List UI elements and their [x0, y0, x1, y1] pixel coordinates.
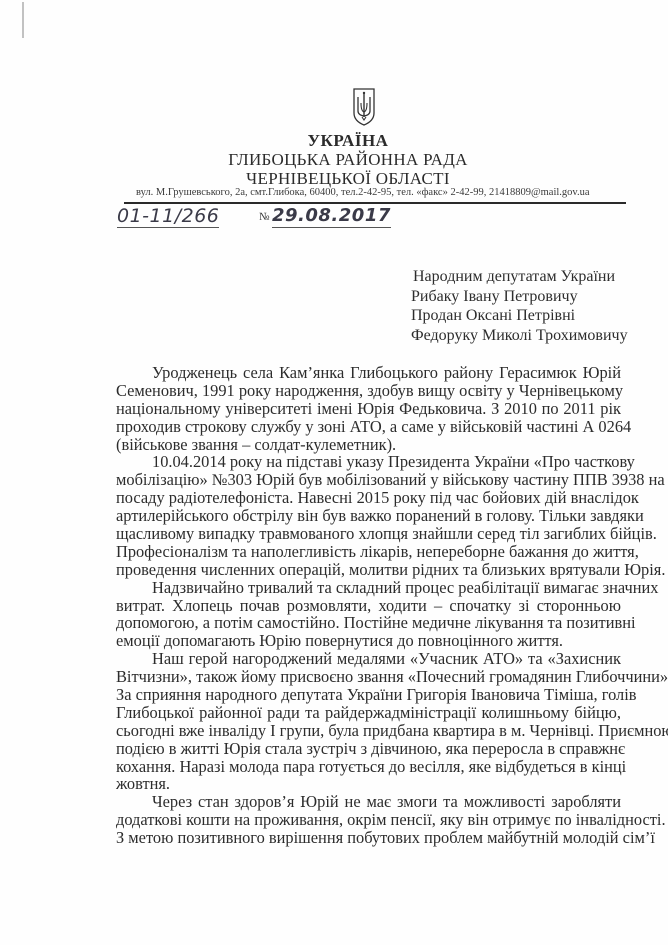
- trident-coat-of-arms-icon: [352, 87, 376, 127]
- letterhead-country: УКРАЇНА: [14, 131, 668, 151]
- body-line: артилерійського обстрілу він був важко п…: [116, 507, 621, 525]
- recipient-line: Продан Оксані Петрівні: [411, 306, 628, 326]
- paragraph-request: Через стан здоров’я Юрій не має змоги та…: [116, 793, 621, 847]
- body-line: сьогодні вже інваліду І групи, була прид…: [116, 722, 621, 740]
- paragraph-biography: Уродженець села Кам’янка Глибоцького рай…: [116, 364, 621, 453]
- body-line: подією в житті Юрія стала зустріч з дівч…: [116, 740, 621, 758]
- body-line: З метою позитивного вирішення побутових …: [116, 829, 621, 847]
- recipient-line: Рибаку Івану Петровичу: [411, 287, 628, 307]
- body-line: Вітчизни», також йому присвоєно звання «…: [116, 668, 621, 686]
- body-line: Наш герой нагороджений медалями «Учасник…: [116, 650, 621, 668]
- recipients-block: Народним депутатам України Рибаку Івану …: [411, 267, 628, 345]
- body-line: Уродженець села Кам’янка Глибоцького рай…: [116, 364, 621, 382]
- paragraph-mobilization: 10.04.2014 року на підставі указу Презид…: [116, 453, 621, 578]
- body-line: Професіоналізм та наполегливість лікарів…: [116, 543, 621, 561]
- body-line: додаткові кошти на проживання, окрім пен…: [116, 811, 621, 829]
- body-line: Через стан здоров’я Юрій не має змоги та…: [116, 793, 621, 811]
- letter-date: 29.08.2017: [272, 205, 391, 228]
- body-line: Надзвичайно тривалий та складний процес …: [116, 579, 621, 597]
- body-line: (військове звання – солдат-кулеметник).: [116, 436, 621, 454]
- body-line: Семенович, 1991 року народження, здобув …: [116, 382, 621, 400]
- letterhead-address: вул. М.Грушевського, 2а, смт.Глибока, 60…: [136, 187, 590, 198]
- body-line: національному університеті імені Юрія Фе…: [116, 400, 621, 418]
- outgoing-number: 01-11/266: [117, 205, 219, 228]
- body-line: кохання. Наразі молода пара готується до…: [116, 758, 621, 776]
- body-line: допомогою, а потім самостійно. Постійне …: [116, 614, 621, 632]
- body-line: посаду радіотелефоніста. Навесні 2015 ро…: [116, 489, 621, 507]
- body-line: 10.04.2014 року на підставі указу Презид…: [116, 453, 621, 471]
- body-line: проведення численних операцій, молитви р…: [116, 561, 621, 579]
- recipient-line: Федоруку Миколі Трохимовичу: [411, 326, 628, 346]
- letterhead-divider: [124, 202, 626, 204]
- letter-body: Уродженець села Кам’янка Глибоцького рай…: [116, 364, 621, 847]
- paragraph-awards: Наш герой нагороджений медалями «Учасник…: [116, 650, 621, 793]
- body-line: жовтня.: [116, 775, 621, 793]
- body-line: За сприяння народного депутата України Г…: [116, 686, 621, 704]
- number-sign: №: [259, 211, 270, 223]
- letterhead-council: ГЛИБОЦЬКА РАЙОННА РАДА: [14, 150, 668, 170]
- letterhead-region: ЧЕРНІВЕЦЬКОЇ ОБЛАСТІ: [14, 169, 668, 189]
- body-line: Глибоцької районної ради та райдержадмін…: [116, 704, 621, 722]
- letter-page: УКРАЇНА ГЛИБОЦЬКА РАЙОННА РАДА ЧЕРНІВЕЦЬ…: [0, 0, 668, 945]
- body-line: витрат. Хлопець почав розмовляти, ходити…: [116, 597, 621, 615]
- recipient-line: Народним депутатам України: [413, 267, 628, 287]
- body-line: щасливому випадку травмованого хлопця зн…: [116, 525, 621, 543]
- body-line: проходив строкову службу у зоні АТО, а с…: [116, 418, 621, 436]
- body-line: емоції допомагають Юрію повернутися до п…: [116, 632, 621, 650]
- paragraph-rehabilitation: Надзвичайно тривалий та складний процес …: [116, 579, 621, 651]
- body-line: мобілізацію» №303 Юрій був мобілізований…: [116, 471, 621, 489]
- scan-artifact-mark: [22, 2, 24, 38]
